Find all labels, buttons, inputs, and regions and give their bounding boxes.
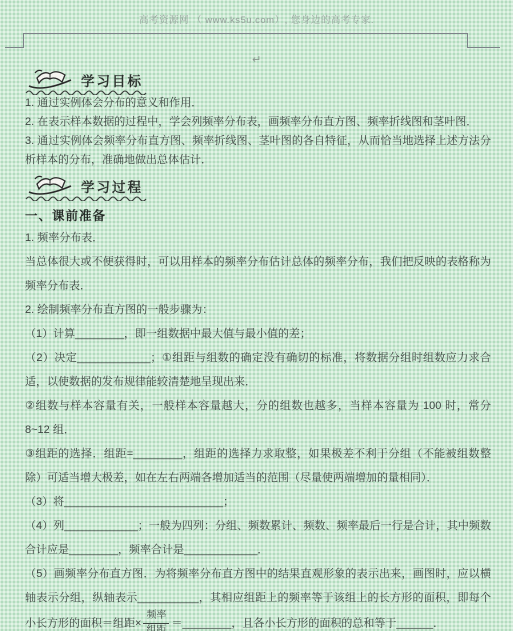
header-boundary-right-tab — [467, 47, 500, 48]
header-boundary-left-tab — [5, 47, 24, 48]
objective-item: 2. 在表示样本数据的过程中，学会列频率分布表，画频率分布直方图、频率折线图和茎… — [25, 113, 491, 132]
note-sample-size: ②组数与样本容量有关，一般样本容量越大，分的组数也越多，当样本容量为 100 时… — [25, 394, 491, 442]
process-heading: 学习过程 — [81, 176, 143, 196]
wavy-underline — [25, 89, 147, 95]
document-body: 学习目标 1. 通过实例体会分布的意义和作用． 2. 在表示样本数据的过程中，学… — [25, 64, 491, 631]
blank-fill-step-2: （2）决定____________；①组距与组数的确定没有确切的标准，将数据分组… — [25, 346, 491, 394]
frequency-over-classwidth-fraction: 频率组距 — [143, 610, 169, 631]
blank-fill-step-4: （4）列____________；一般为四列：分组、频数累计、频数、频率最后一行… — [25, 514, 491, 562]
body-paragraph: 当总体很大或不便获得时，可以用样本的频率分布估计总体的频率分布，我们把反映的表格… — [25, 250, 491, 298]
note-class-width: ③组距的选择．组距=________，组距的选择力求取整，如果极差不利于分组（不… — [25, 442, 491, 490]
header-boundary-left-step — [23, 33, 24, 48]
site-header: 高考资源网 （ www.ks5u.com）, 您身边的高考专家. — [0, 12, 513, 26]
wavy-underline — [25, 195, 147, 201]
blank-fill-step-1: （1）计算________，即一组数据中最大值与最小值的差； — [25, 322, 491, 346]
blank-fill-step-3: （3）将__________________________； — [25, 490, 491, 514]
objective-item: 3. 通过实例体会频率分布直方图、频率折线图、茎叶图的各自特征，从而恰当地选择上… — [25, 132, 491, 170]
objective-item: 1. 通过实例体会分布的意义和作用． — [25, 94, 491, 113]
objectives-heading: 学习目标 — [81, 70, 143, 90]
histogram-text-after: ＝________，且各小长方形的面积的总和等于______． — [171, 617, 444, 629]
fraction-numerator: 频率 — [143, 610, 169, 624]
header-boundary-line — [23, 33, 468, 34]
fraction-denominator: 组距 — [143, 624, 169, 631]
open-book-icon — [27, 171, 73, 197]
open-book-icon — [27, 65, 73, 91]
process-heading-row: 学习过程 — [25, 170, 491, 200]
blank-fill-step-5: （5）画频率分布直方图．为将频率分布直方图中的结果直观形象的表示出来，画图时，应… — [25, 562, 491, 631]
part-one-heading: 一、课前准备 — [25, 206, 491, 224]
worksheet-page: { "header": { "text": "高考资源网 （ www.ks5u.… — [0, 0, 513, 631]
body-paragraph: 2. 绘制频率分布直方图的一般步骤为： — [25, 298, 491, 322]
objectives-heading-row: 学习目标 — [25, 64, 491, 94]
body-paragraph: 1. 频率分布表． — [25, 226, 491, 250]
header-boundary-right-step — [467, 33, 468, 48]
